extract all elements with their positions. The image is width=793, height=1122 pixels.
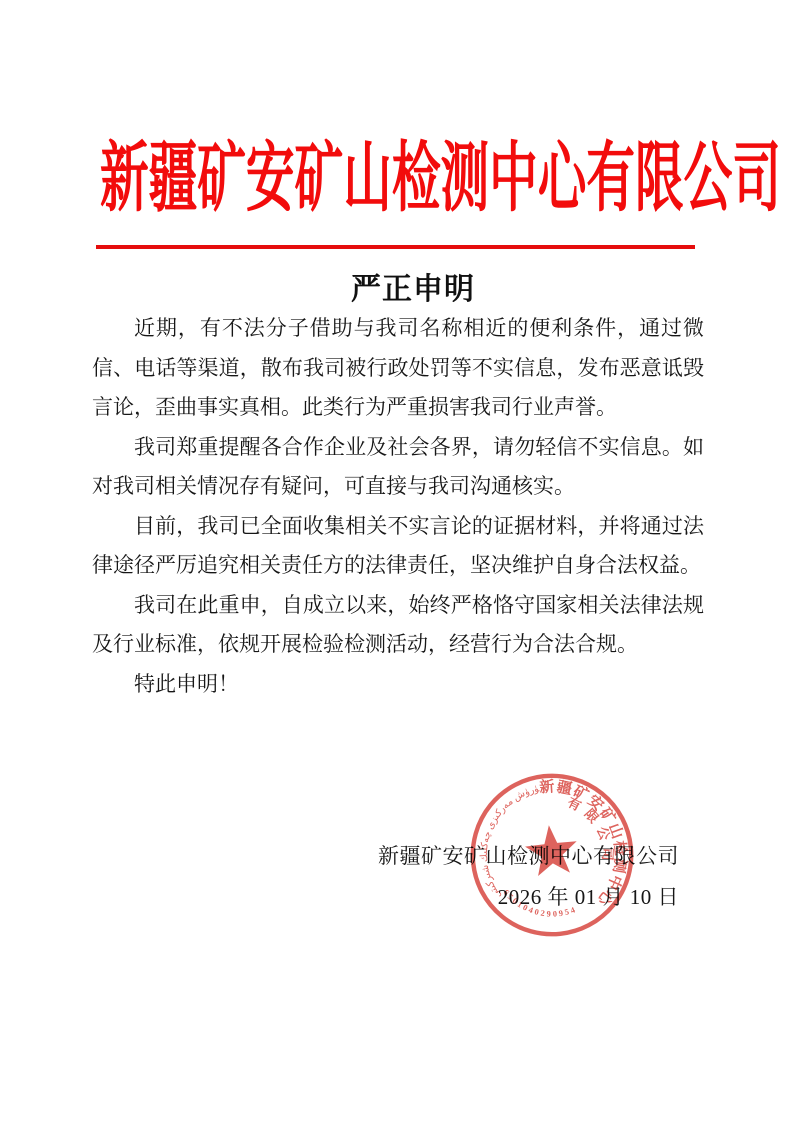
letterhead-divider [96,245,695,249]
letterhead: 新疆矿安矿山检测中心有限公司 [100,138,793,220]
paragraph-5: 特此申明！ [92,665,704,705]
statement-body: 近期，有不法分子借助与我司名称相近的便利条件，通过微信、电话等渠道，散布我司被行… [92,309,704,704]
star-icon [523,823,580,878]
paragraph-3: 目前，我司已全面收集相关不实言论的证据材料，并将通过法律途径严厉追究相关责任方的… [92,507,704,586]
paragraph-1: 近期，有不法分子借助与我司名称相近的便利条件，通过微信、电话等渠道，散布我司被行… [92,309,704,428]
seal-serial-number: 6501040290954 [501,881,579,924]
paragraph-4: 我司在此重申，自成立以来，始终严格恪守国家相关法律法规及行业标准，依规开展检验检… [92,586,704,665]
svg-text:6501040290954: 6501040290954 [501,881,579,924]
letterhead-company-name: 新疆矿安矿山检测中心有限公司 [100,138,781,220]
company-seal: 新疆矿安矿山检测中心 كان تەكشۈرۈش مەركىزى چەكلىك ش… [464,767,640,943]
statement-title: 严正申明 [92,264,704,308]
paragraph-2: 我司郑重提醒各合作企业及社会各界，请勿轻信不实信息。如对我司相关情况存有疑问，可… [92,428,704,507]
statement-page: 新疆矿安矿山检测中心有限公司 严正申明 近期，有不法分子借助与我司名称相近的便利… [0,0,793,1122]
